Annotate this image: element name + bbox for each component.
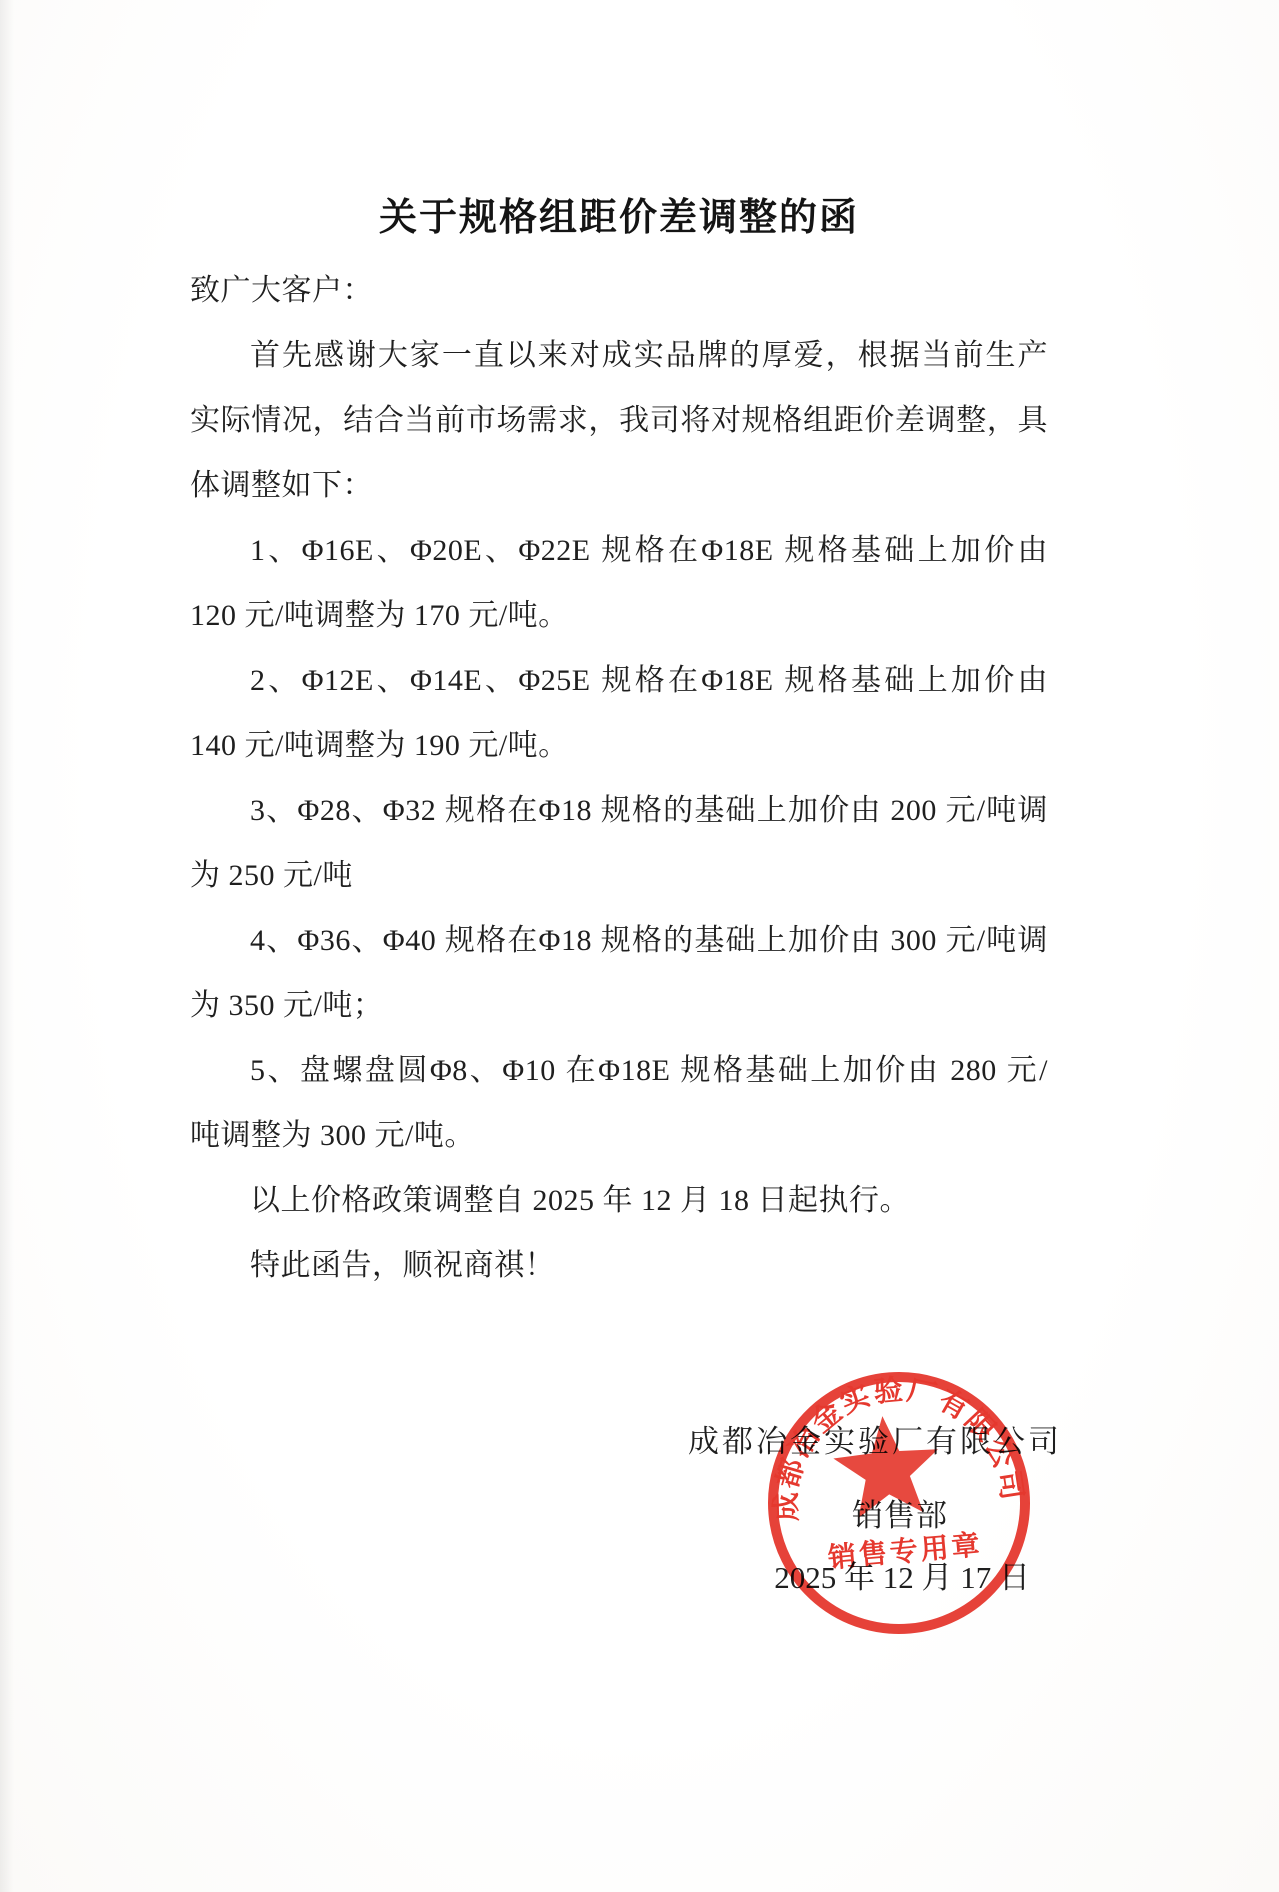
document-line: 吨调整为 300 元/吨。 [190, 1103, 1048, 1168]
document-page: 关于规格组距价差调整的函 致广大客户：首先感谢大家一直以来对成实品牌的厚爱，根据… [0, 0, 1279, 1892]
document-line: 120 元/吨调整为 170 元/吨。 [190, 583, 1048, 648]
stamp-bottom-text: 销售专用章 [827, 1528, 984, 1574]
document-line: 2、Φ12E、Φ14E、Φ25E 规格在Φ18E 规格基础上加价由 [190, 648, 1048, 713]
star-icon [830, 1412, 943, 1520]
stamp-ring [762, 1366, 1035, 1639]
company-seal-stamp: 成都冶金实验厂有限公司 销售专用章 [736, 1340, 1061, 1665]
document-line: 体调整如下： [190, 453, 1048, 518]
document-line: 为 350 元/吨； [190, 973, 1048, 1038]
document-line: 为 250 元/吨 [190, 843, 1048, 908]
document-line: 以上价格政策调整自 2025 年 12 月 18 日起执行。 [190, 1168, 1048, 1233]
document-line: 特此函告，顺祝商祺！ [190, 1233, 1048, 1298]
document-line: 140 元/吨调整为 190 元/吨。 [190, 713, 1048, 778]
document-body: 致广大客户：首先感谢大家一直以来对成实品牌的厚爱，根据当前生产实际情况，结合当前… [190, 258, 1048, 1298]
document-line: 致广大客户： [190, 258, 1048, 323]
document-line: 1、Φ16E、Φ20E、Φ22E 规格在Φ18E 规格基础上加价由 [190, 518, 1048, 583]
document-line: 4、Φ36、Φ40 规格在Φ18 规格的基础上加价由 300 元/吨调整 [190, 908, 1048, 973]
document-line: 首先感谢大家一直以来对成实品牌的厚爱，根据当前生产 [190, 323, 1048, 388]
document-line: 3、Φ28、Φ32 规格在Φ18 规格的基础上加价由 200 元/吨调整 [190, 778, 1048, 843]
document-title: 关于规格组距价差调整的函 [190, 186, 1048, 241]
document-line: 实际情况，结合当前市场需求，我司将对规格组距价差调整，具 [190, 388, 1048, 453]
document-line: 5、盘螺盘圆Φ8、Φ10 在Φ18E 规格基础上加价由 280 元/ [190, 1038, 1048, 1103]
